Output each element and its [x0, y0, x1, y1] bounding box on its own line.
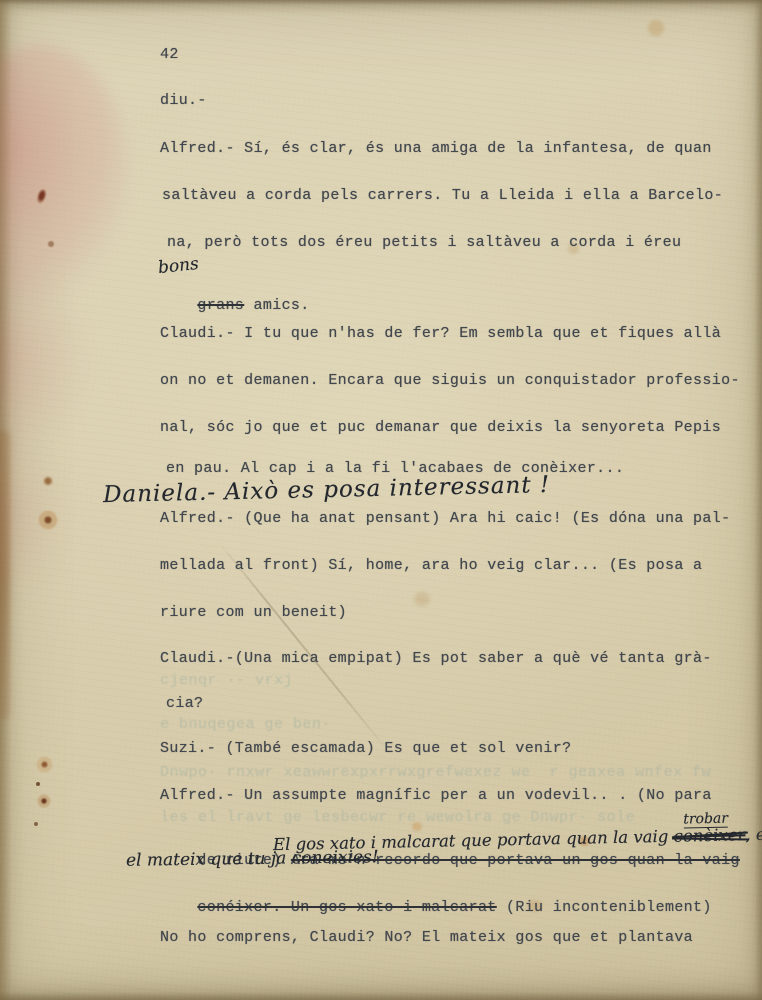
typed-text: amics. — [244, 297, 309, 314]
typed-line-struck-2: conéixer. Un gos xato i malcarat (Riu in… — [160, 882, 712, 933]
struck-typed-phrase: conéixer. Un gos xato i malcarat — [197, 899, 496, 916]
struck-word-grans: grans — [197, 297, 244, 314]
handwritten-word-bons: bons — [157, 254, 200, 278]
typed-line: riure com un beneit) — [160, 604, 347, 621]
typed-line-alfred-1: Alfred.- Sí, és clar, és una amiga de la… — [160, 140, 712, 157]
typed-line-alfred-2: Alfred.- (Que ha anat pensant) Ara hi ca… — [160, 510, 730, 527]
scribbled-word-wrap: conèixertrobar — [673, 825, 745, 845]
typed-line: nal, sóc jo que et puc demanar que deixi… — [160, 419, 721, 436]
typed-line-claudi-1: Claudi.- I tu que n'has de fer? Em sembl… — [160, 325, 721, 342]
typed-line-grans-amics: grans amics. — [160, 280, 310, 331]
bleedthrough-line: cjenqr ·- vrxj — [160, 672, 293, 689]
typed-line-suzi: Suzi.- (També escamada) Es que et sol ve… — [160, 740, 571, 757]
typed-line-last: No ho comprens, Claudi? No? El mateix go… — [160, 929, 693, 946]
typed-line-alfred-3: Alfred.- Un assumpte magnífic per a un v… — [160, 787, 712, 804]
typed-line: on no et demanen. Encara que siguis un c… — [160, 372, 740, 389]
typed-line: na, però tots dos éreu petits i saltàveu… — [167, 234, 681, 251]
handwritten-replacement-word: trobar — [683, 811, 728, 829]
handwritten-insertion-line2: el mateix que tu ja coneixies! — [126, 847, 379, 871]
typed-line: saltàveu a corda pels carrers. Tu a Llei… — [162, 187, 723, 204]
bleedthrough-line: Dnwpo· rnxwr xeawwrexpxrrwxgrefwexez we … — [160, 764, 711, 781]
typed-line-claudi-2: Claudi.-(Una mica empipat) Es pot saber … — [160, 650, 712, 667]
typed-text: (Riu inconteniblement) — [497, 899, 712, 916]
bleedthrough-line: e bnuqegea ge ben· — [160, 716, 331, 733]
typed-line-diu: diu.- — [160, 92, 207, 109]
typed-line: cia? — [166, 695, 203, 712]
insertion-text-tail: , era — [745, 824, 762, 844]
manuscript-photo: cjenqr ·- vrxj e bnuqegea ge ben· Dnwpo·… — [0, 0, 762, 1000]
page-number: 42 — [160, 46, 179, 63]
typed-line: mellada al front) Sí, home, ara ho veig … — [160, 557, 702, 574]
